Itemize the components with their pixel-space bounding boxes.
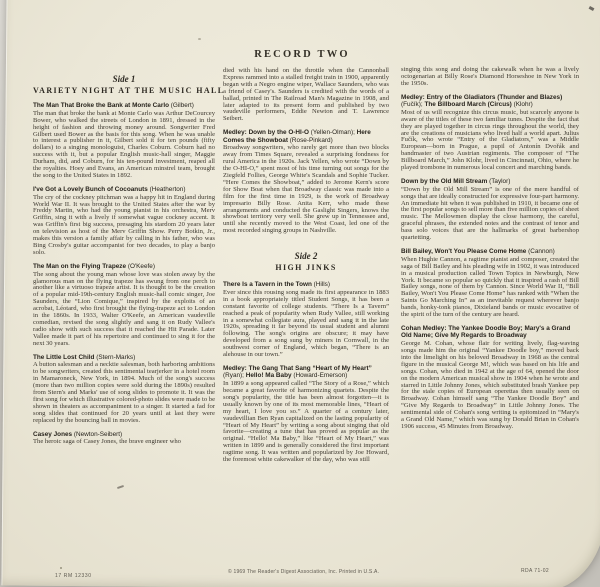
song-title-text: Bill Bailey, Won't You Please Come Home (401, 248, 528, 255)
copyright-line: © 1969 The Reader's Digest Association, … (228, 569, 379, 575)
song-title-text: Hello! Ma Baby (246, 372, 294, 379)
song-title-text: Casey Jones (33, 431, 74, 438)
song-title-text: The Billboard March (Circus) (424, 101, 513, 108)
song-title-text: Cohan Medley: The Yankee Doodle Boy; Mar… (401, 325, 570, 339)
corner-mark (589, 6, 595, 11)
song-entry: The Man That Broke the Bank at Monte Car… (33, 102, 215, 180)
song-attribution: (Cannon) (528, 248, 555, 255)
paper-speck (60, 567, 62, 569)
song-attribution: (Rose-Pinkard) (290, 137, 333, 144)
song-title-text: The Little Lost Child (33, 354, 96, 361)
song-body: The cry of the cockney pitchman was a ha… (33, 195, 215, 257)
song-entry: Bill Bailey, Won't You Please Come Home … (401, 248, 579, 319)
song-body: “Down by the Old Mill Stream” is one of … (401, 187, 579, 242)
song-title: Cohan Medley: The Yankee Doodle Boy; Mar… (401, 325, 579, 340)
photo-backdrop: RECORD TWO Side 1VARIETY NIGHT AT THE MU… (0, 0, 600, 587)
song-entry: Medley: Down by the O-HI-O (Yellen-Olman… (223, 129, 389, 235)
song-title-text: The Man That Broke the Bank at Monte Car… (33, 102, 171, 109)
song-title: Down by the Old Mill Stream (Taylor) (401, 178, 579, 185)
song-title: Bill Bailey, Won't You Please Come Home … (401, 248, 579, 255)
song-entry: I've Got a Lovely Bunch of Cocoanuts (He… (33, 186, 215, 257)
catalog-number: 17 RM 12330 (55, 573, 92, 579)
text-column-right: singing this song and doing the cakewalk… (401, 62, 579, 431)
columns: Side 1VARIETY NIGHT AT THE MUSIC HALLThe… (33, 62, 579, 464)
song-body: In 1899 a song appeared called “The Stor… (223, 381, 389, 464)
text-column-middle: died with his hand on the throttle when … (223, 62, 389, 464)
continuation-text: died with his hand on the throttle when … (223, 68, 389, 123)
song-title: Medley: Down by the O-HI-O (Yellen-Olman… (223, 129, 389, 144)
song-attribution: (Heatherton) (150, 186, 186, 193)
song-entry: The Man on the Flying Trapeze (O'Keefe)T… (33, 263, 215, 348)
song-title-text: Medley: Down by the O-HI-O (223, 129, 311, 136)
song-body: A button salesman and a necktie salesman… (33, 362, 215, 424)
song-entry: Cohan Medley: The Yankee Doodle Boy; Mar… (401, 325, 579, 431)
song-entry: Casey Jones (Newton-Seibert)The heroic s… (33, 431, 215, 447)
song-body: Ever since this rousing song made its fi… (223, 290, 389, 359)
song-body: Most of us will recognize this circus mu… (401, 110, 579, 172)
song-body: The man that broke the bank at Monte Car… (33, 111, 215, 180)
song-body: George M. Cohan, whose flair for writing… (401, 341, 579, 431)
song-title-text: Medley: Entry of the Gladiators (Thunder… (401, 94, 562, 101)
song-title: Medley: The Gang That Sang “Heart of My … (223, 365, 389, 380)
continuation-text: singing this song and doing the cakewalk… (401, 67, 579, 88)
song-title-text: There Is a Tavern in the Town (223, 281, 314, 288)
song-body: Broadway songwriters, who rarely get mor… (223, 145, 389, 235)
song-title: There Is a Tavern in the Town (Hills) (223, 281, 389, 288)
side-title: HIGH JINKS (223, 262, 389, 273)
song-attribution: (Stern-Marks) (96, 354, 135, 361)
song-attribution: (Hills) (314, 281, 330, 288)
text-column-left: Side 1VARIETY NIGHT AT THE MUSIC HALLThe… (33, 62, 215, 446)
song-entry: Medley: Entry of the Gladiators (Thunder… (401, 94, 579, 172)
side-title: VARIETY NIGHT AT THE MUSIC HALL (33, 85, 215, 96)
record-number-title: RECORD TWO (213, 49, 391, 60)
song-attribution: (Gilbert) (171, 102, 194, 109)
plate-code: RDA 71-02 (521, 568, 549, 574)
song-attribution: (Fučík); (401, 101, 424, 108)
side-header: Side 2HIGH JINKS (223, 251, 389, 273)
song-title-text: Down by the Old Mill Stream (401, 178, 489, 185)
song-title: The Man That Broke the Bank at Monte Car… (33, 102, 215, 109)
song-title: I've Got a Lovely Bunch of Cocoanuts (He… (33, 186, 215, 193)
song-attribution: (Howard-Emerson) (293, 372, 347, 379)
song-entry: Down by the Old Mill Stream (Taylor)“Dow… (401, 178, 579, 242)
liner-notes: RECORD TWO Side 1VARIETY NIGHT AT THE MU… (0, 0, 600, 587)
song-body: The song about the young man whose love … (33, 272, 215, 348)
song-entry: The Little Lost Child (Stern-Marks)A but… (33, 354, 215, 425)
song-title-text: I've Got a Lovely Bunch of Cocoanuts (33, 186, 150, 193)
side-header: Side 1VARIETY NIGHT AT THE MUSIC HALL (33, 74, 215, 96)
song-entry: There Is a Tavern in the Town (Hills)Eve… (223, 281, 389, 359)
song-body: When Hughie Cannon, a ragtime pianist an… (401, 257, 579, 319)
song-body: The heroic saga of Casey Jones, the brav… (33, 439, 215, 446)
song-title: The Man on the Flying Trapeze (O'Keefe) (33, 263, 215, 270)
side-label: Side 1 (33, 74, 215, 85)
song-title: The Little Lost Child (Stern-Marks) (33, 354, 215, 361)
song-attribution: (Yellen-Olman); (311, 129, 357, 136)
song-attribution: (O'Keefe) (128, 263, 155, 270)
song-attribution: (Taylor) (489, 178, 510, 185)
song-title-text: Medley: The Gang That Sang “Heart of My … (223, 365, 372, 372)
song-attribution: (Newton-Seibert) (74, 431, 122, 438)
paper-scratch (117, 485, 124, 489)
song-title: Casey Jones (Newton-Seibert) (33, 431, 215, 438)
song-title-text: The Man on the Flying Trapeze (33, 263, 128, 270)
song-attribution: (Ryan); (223, 372, 246, 379)
paper-speck (198, 38, 201, 40)
song-attribution: (Klohr) (514, 101, 533, 108)
song-entry: Medley: The Gang That Sang “Heart of My … (223, 365, 389, 464)
song-title: Medley: Entry of the Gladiators (Thunder… (401, 94, 579, 109)
side-label: Side 2 (223, 251, 389, 262)
